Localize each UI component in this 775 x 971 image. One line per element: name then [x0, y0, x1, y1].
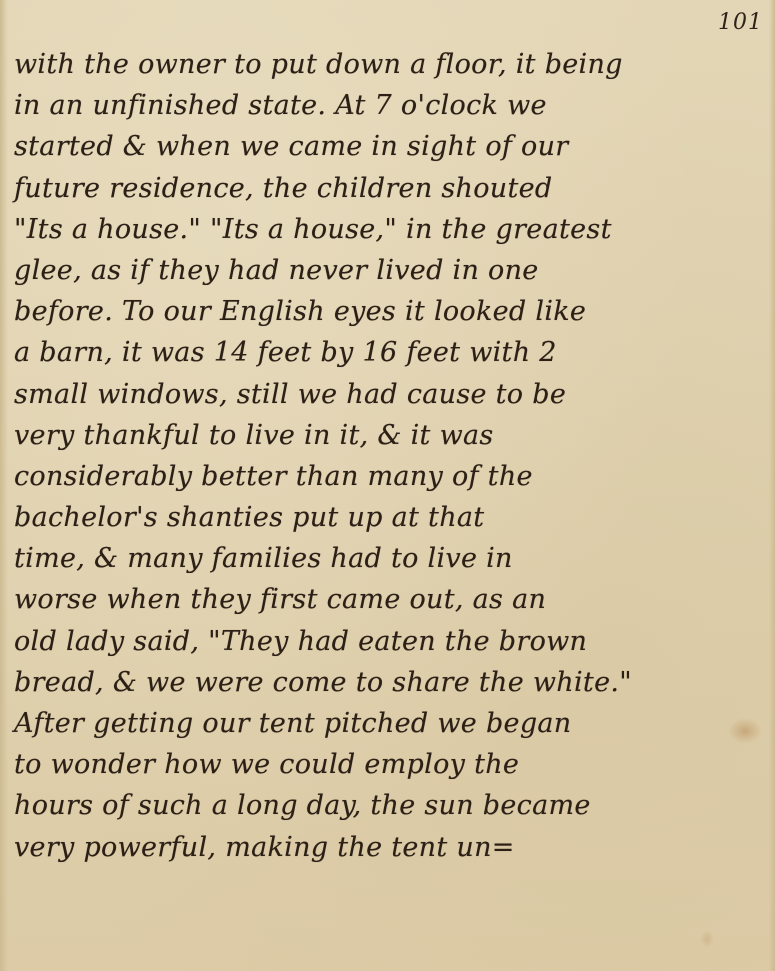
text-line: very thankful to live in it, & it was	[14, 415, 774, 456]
text-line: considerably better than many of the	[14, 456, 774, 497]
page-number: 101	[718, 10, 763, 35]
text-line: a barn, it was 14 feet by 16 feet with 2	[14, 332, 774, 373]
text-line: time, & many families had to live in	[14, 538, 774, 579]
manuscript-page: 101 with the owner to put down a floor, …	[0, 0, 775, 971]
text-line: started & when we came in sight of our	[14, 126, 774, 167]
text-line: After getting our tent pitched we began	[14, 703, 774, 744]
text-line: glee, as if they had never lived in one	[14, 250, 774, 291]
text-line: very powerful, making the tent un=	[14, 827, 774, 868]
text-line: before. To our English eyes it looked li…	[14, 291, 774, 332]
handwritten-text-body: with the owner to put down a floor, it b…	[14, 44, 774, 868]
text-line: bachelor's shanties put up at that	[14, 497, 774, 538]
text-line: future residence, the children shouted	[14, 168, 774, 209]
paper-spot	[700, 930, 714, 948]
text-line: with the owner to put down a floor, it b…	[14, 44, 774, 85]
text-line: "Its a house." "Its a house," in the gre…	[14, 209, 774, 250]
text-line: bread, & we were come to share the white…	[14, 662, 774, 703]
page-left-edge-shadow	[0, 0, 8, 971]
text-line: small windows, still we had cause to be	[14, 374, 774, 415]
text-line: to wonder how we could employ the	[14, 744, 774, 785]
text-line: in an unfinished state. At 7 o'clock we	[14, 85, 774, 126]
text-line: old lady said, "They had eaten the brown	[14, 621, 774, 662]
text-line: hours of such a long day, the sun became	[14, 785, 774, 826]
text-line: worse when they first came out, as an	[14, 579, 774, 620]
